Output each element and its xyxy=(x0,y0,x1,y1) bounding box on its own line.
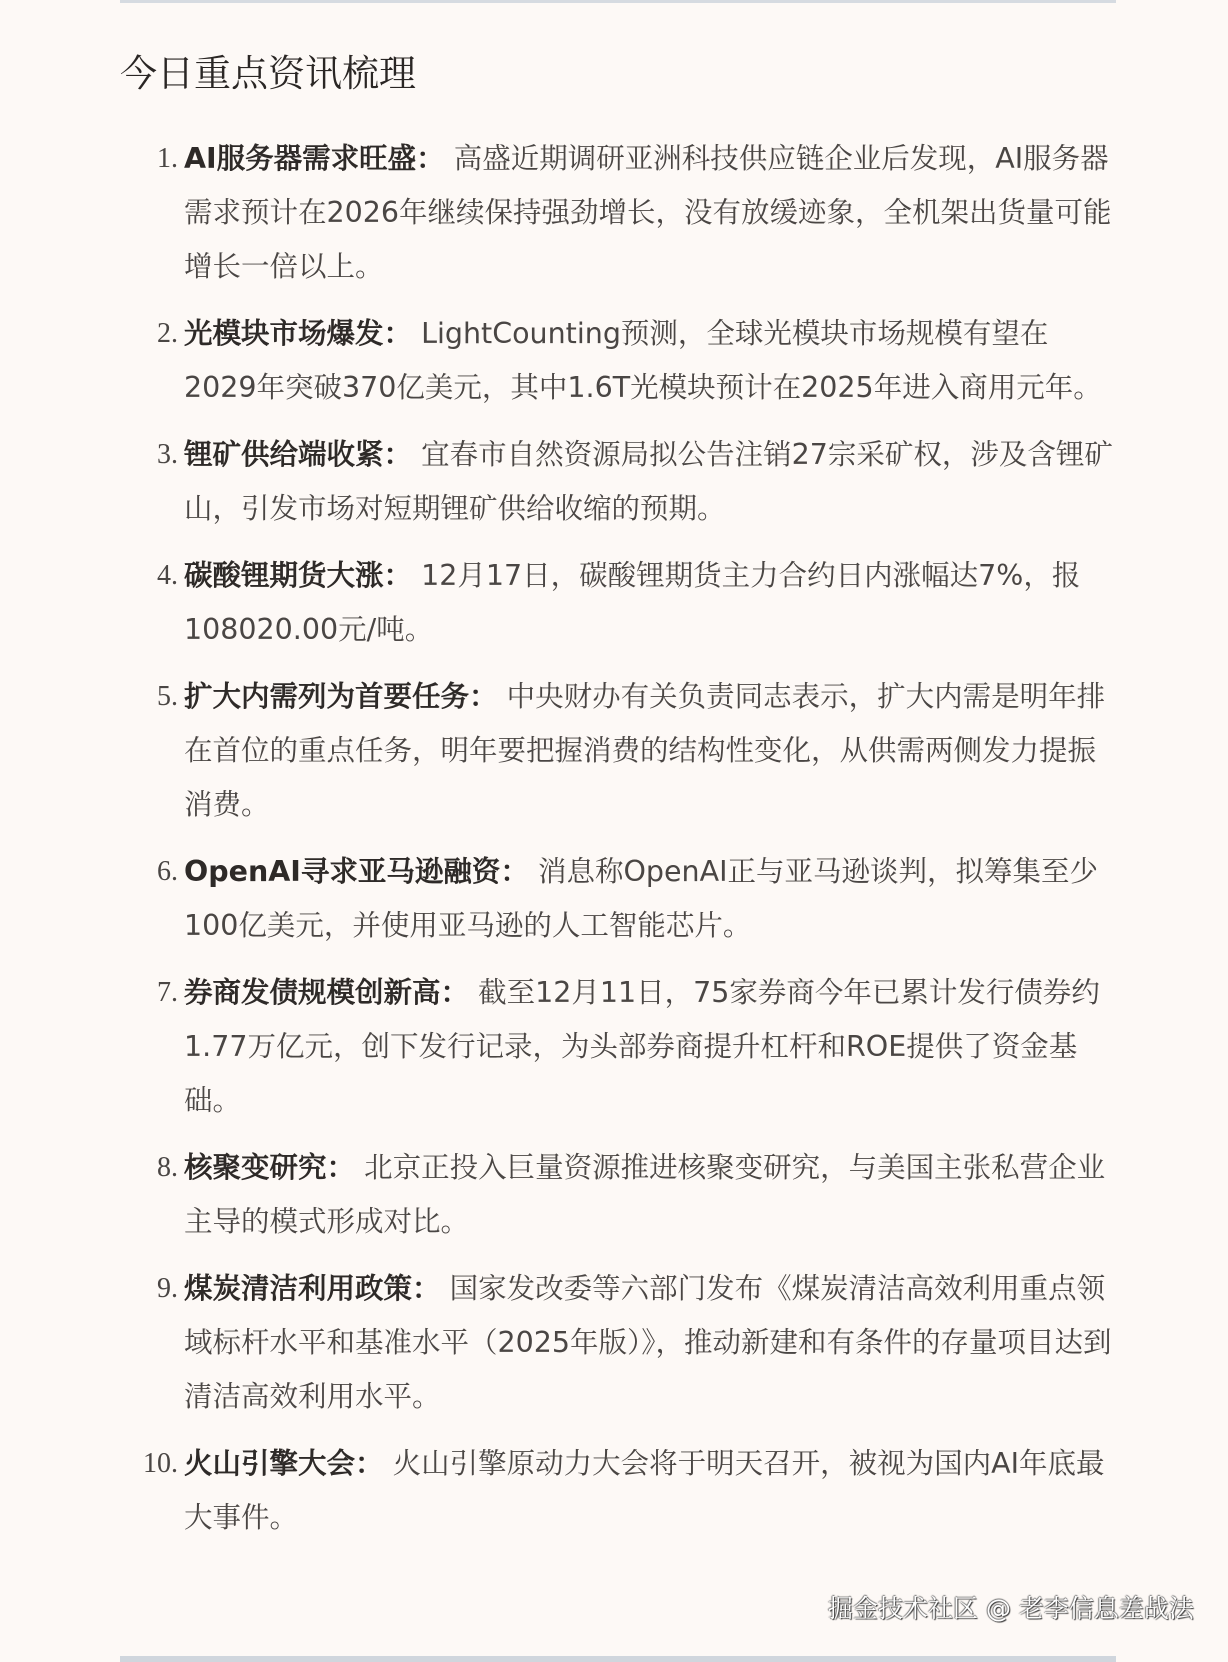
item-number: 3. xyxy=(120,428,178,482)
item-headline: 火山引擎大会： xyxy=(184,1447,384,1480)
item-number: 7. xyxy=(120,966,178,1020)
top-divider xyxy=(120,0,1116,3)
item-headline: 锂矿供给端收紧： xyxy=(184,438,412,471)
page-title: 今日重点资讯梳理 xyxy=(120,48,416,100)
item-number: 2. xyxy=(120,307,178,361)
news-list: 1. AI服务器需求旺盛： 高盛近期调研亚洲科技供应链企业后发现，AI服务器需求… xyxy=(120,132,1116,1558)
news-item-4: 4. 碳酸锂期货大涨： 12月17日，碳酸锂期货主力合约日内涨幅达7%，报108… xyxy=(120,549,1116,657)
news-item-1: 1. AI服务器需求旺盛： 高盛近期调研亚洲科技供应链企业后发现，AI服务器需求… xyxy=(120,132,1116,294)
watermark: 掘金技术社区 @ 老李信息差战法 xyxy=(828,1592,1194,1626)
item-number: 9. xyxy=(120,1262,178,1316)
news-item-9: 9. 煤炭清洁利用政策： 国家发改委等六部门发布《煤炭清洁高效利用重点领域标杆水… xyxy=(120,1262,1116,1424)
item-headline: 光模块市场爆发： xyxy=(184,317,412,350)
item-headline: 煤炭清洁利用政策： xyxy=(184,1272,441,1305)
item-headline: 券商发债规模创新高： xyxy=(184,976,469,1009)
item-headline: 核聚变研究： xyxy=(184,1151,355,1184)
item-headline: AI服务器需求旺盛： xyxy=(184,142,445,175)
item-number: 10. xyxy=(120,1437,178,1491)
item-headline: 碳酸锂期货大涨： xyxy=(184,559,412,592)
item-number: 4. xyxy=(120,549,178,603)
item-headline: OpenAI寻求亚马逊融资： xyxy=(184,855,529,888)
item-number: 8. xyxy=(120,1141,178,1195)
bottom-divider xyxy=(120,1656,1116,1662)
item-number: 1. xyxy=(120,132,178,186)
news-item-6: 6. OpenAI寻求亚马逊融资： 消息称OpenAI正与亚马逊谈判，拟筹集至少… xyxy=(120,845,1116,953)
news-item-7: 7. 券商发债规模创新高： 截至12月11日，75家券商今年已累计发行债券约1.… xyxy=(120,966,1116,1128)
news-item-2: 2. 光模块市场爆发： LightCounting预测，全球光模块市场规模有望在… xyxy=(120,307,1116,415)
item-number: 6. xyxy=(120,845,178,899)
news-item-5: 5. 扩大内需列为首要任务： 中央财办有关负责同志表示，扩大内需是明年排在首位的… xyxy=(120,670,1116,832)
news-item-3: 3. 锂矿供给端收紧： 宜春市自然资源局拟公告注销27宗采矿权，涉及含锂矿山，引… xyxy=(120,428,1116,536)
item-number: 5. xyxy=(120,670,178,724)
news-item-8: 8. 核聚变研究： 北京正投入巨量资源推进核聚变研究，与美国主张私营企业主导的模… xyxy=(120,1141,1116,1249)
news-item-10: 10. 火山引擎大会： 火山引擎原动力大会将于明天召开，被视为国内AI年底最大事… xyxy=(120,1437,1116,1545)
item-headline: 扩大内需列为首要任务： xyxy=(184,680,498,713)
